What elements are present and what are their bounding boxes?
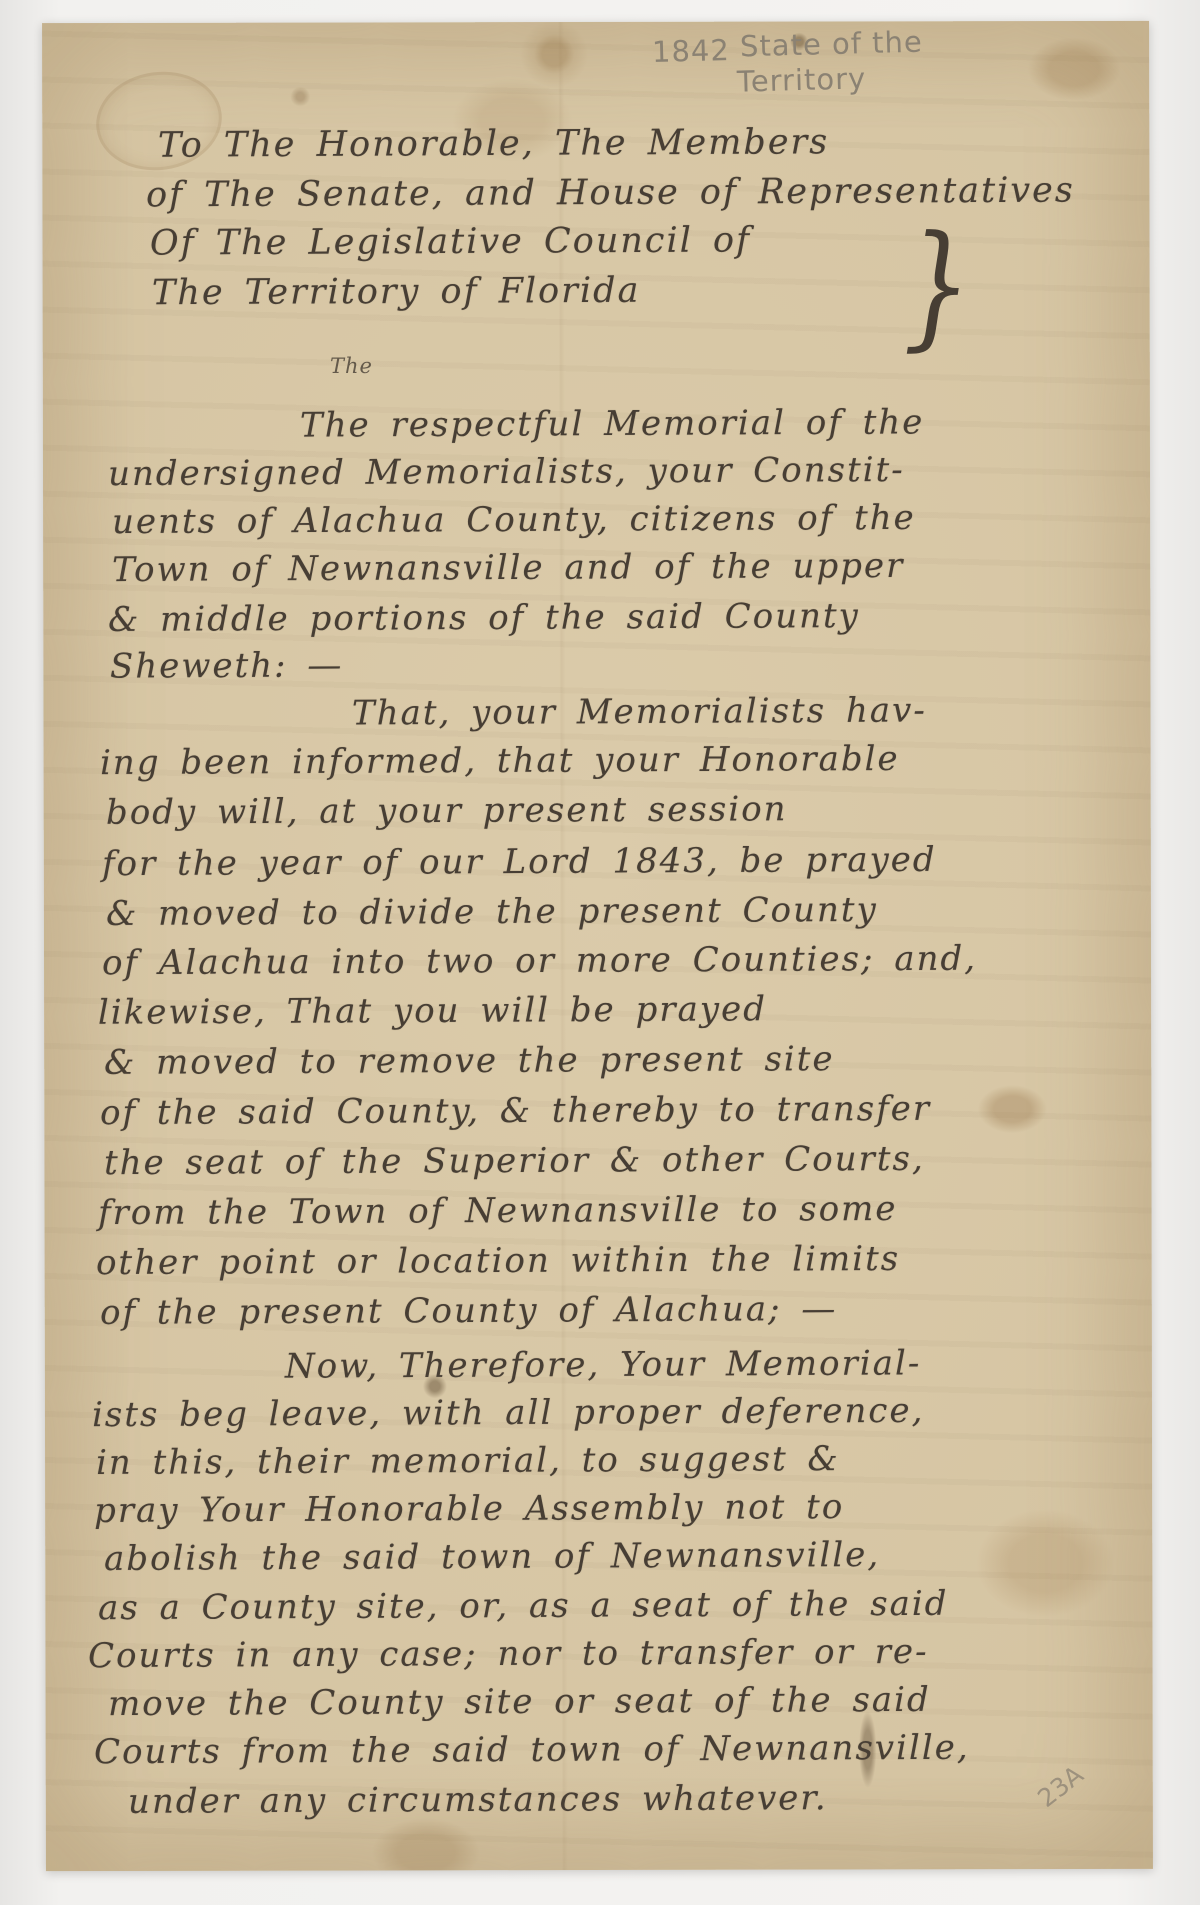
heading-line: To The Honorable, The Members [158,122,829,166]
manuscript-line: in this, their memorial, to suggest & [96,1439,840,1483]
pencil-note-line2: Territory [737,61,867,98]
manuscript-line: & moved to divide the present County [106,890,878,934]
closing-brace-mark: } [903,208,972,364]
manuscript-line: of the said County, & thereby to transfe… [100,1089,931,1133]
manuscript-line: the seat of the Superior & other Courts, [104,1139,925,1183]
manuscript-line: Now, Therefore, Your Memorial- [285,1343,922,1386]
manuscript-line: of Alachua into two or more Counties; an… [102,939,977,984]
manuscript-line: body will, at your present session [106,789,788,833]
manuscript-line: abolish the said town of Newnansville, [104,1535,880,1579]
manuscript-line: The respectful Memorial of the [300,402,925,445]
manuscript-line: & moved to remove the present site [104,1039,835,1083]
stray-mark: The [330,354,373,378]
manuscript-line: under any circumstances whatever. [128,1778,828,1822]
scanned-manuscript: { "colors": { "ink": "#473e34", "pencil"… [0,0,1200,1905]
manuscript-line: from the Town of Newnansville to some [98,1189,898,1233]
pencil-note-line1: State of the [740,25,924,64]
manuscript-line: ists beg leave, with all proper deferenc… [92,1391,925,1435]
heading-line: The Territory of Florida [152,271,641,314]
manuscript-line: undersigned Memorialists, your Constit- [108,450,905,494]
manuscript-line: That, your Memorialists hav- [352,690,927,733]
heading-line: Of The Legislative Council of [150,220,751,263]
pencil-year: 1842 [652,33,731,69]
manuscript-line: other point or location within the limit… [96,1239,900,1283]
manuscript-line: uents of Alachua County, citizens of the [112,498,916,542]
manuscript-line: likewise, That you will be prayed [98,989,767,1033]
manuscript-line: as a County site, or, as a seat of the s… [98,1584,949,1628]
manuscript-line: of the present County of Alachua; — [100,1289,838,1333]
manuscript-line: & middle portions of the said County [108,596,860,640]
manuscript-line: Town of Newnansville and of the upper [112,546,905,590]
manuscript-line: pray Your Honorable Assembly not to [94,1487,844,1531]
manuscript-line: Courts from the said town of Newnansvill… [94,1728,970,1773]
manuscript-line: move the County site or seat of the said [108,1680,931,1724]
manuscript-line: ing been informed, that your Honorable [100,739,900,783]
manuscript-line: Courts in any case; nor to transfer or r… [88,1632,929,1676]
manuscript-line: for the year of our Lord 1843, be prayed [102,840,937,884]
manuscript-line: Sheweth: — [110,645,344,686]
